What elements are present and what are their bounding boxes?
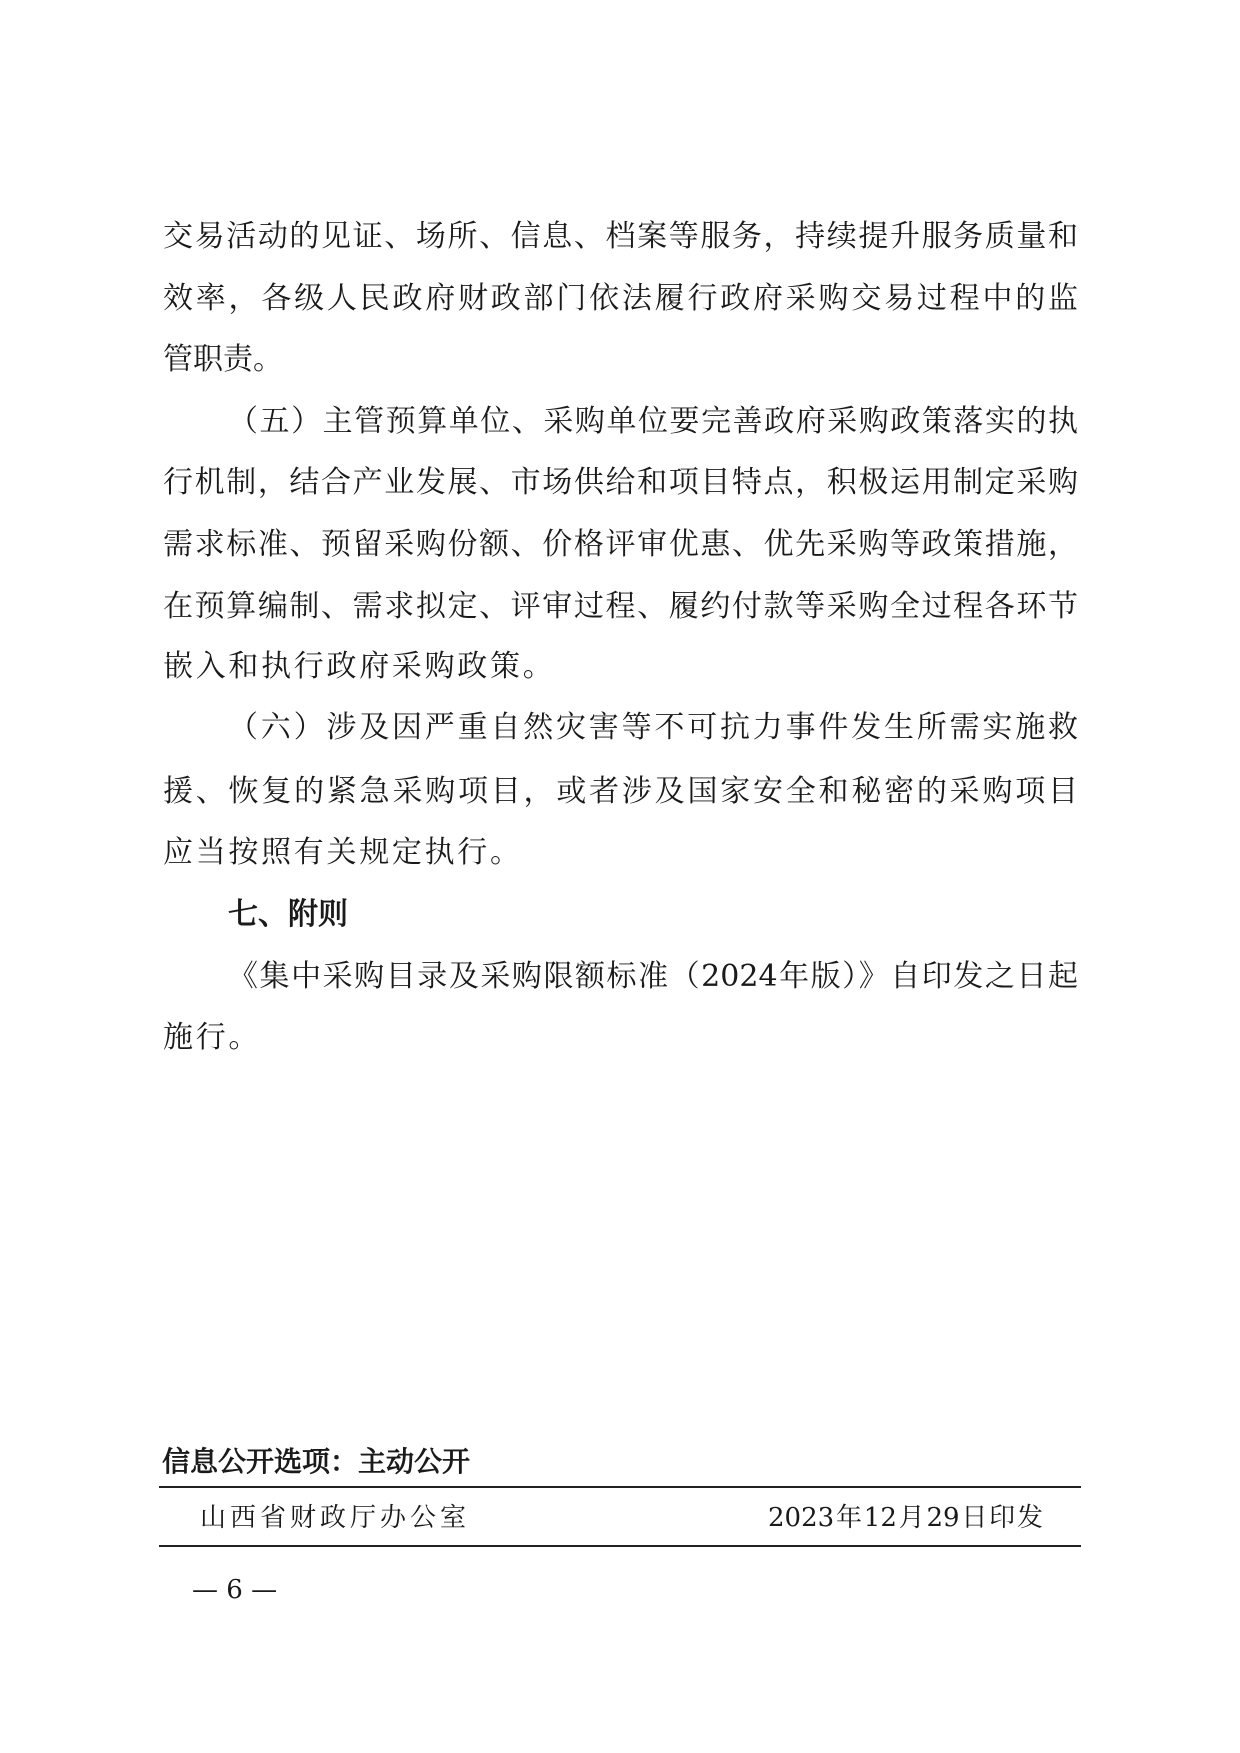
body-line: 交易活动的见证、场所、信息、档案等服务，持续提升服务质量和 (163, 217, 1078, 257)
page-number: — 6 — (192, 1570, 277, 1610)
footer-rule-top (159, 1486, 1081, 1488)
body-line: 需求标准、预留采购份额、价格评审优惠、优先采购等政策措施， (163, 525, 1078, 565)
paragraph-6-start: （六）涉及因严重自然灾害等不可抗力事件发生所需实施救 (228, 708, 1078, 748)
disclosure-option: 信息公开选项：主动公开 (162, 1442, 470, 1482)
body-line: 嵌入和执行政府采购政策。 (163, 647, 555, 687)
section-heading: 七、附则 (228, 895, 348, 935)
footer-rule-bottom (159, 1545, 1081, 1547)
body-line: 管职责。 (163, 340, 283, 380)
body-line: 应当按照有关规定执行。 (163, 833, 523, 873)
paragraph-annex: 《集中采购目录及采购限额标准（2024年版）》自印发之日起 (228, 957, 1078, 997)
paragraph-5-start: （五）主管预算单位、采购单位要完善政府采购政策落实的执 (228, 402, 1078, 442)
issue-date: 2023年12月29日印发 (768, 1498, 1043, 1538)
issuing-office: 山西省财政厅办公室 (200, 1498, 470, 1538)
body-line: 施行。 (163, 1018, 261, 1058)
body-line: 效率，各级人民政府财政部门依法履行政府采购交易过程中的监 (163, 279, 1078, 319)
document-page: 交易活动的见证、场所、信息、档案等服务，持续提升服务质量和 效率，各级人民政府财… (0, 0, 1240, 1753)
body-line: 援、恢复的紧急采购项目，或者涉及国家安全和秘密的采购项目 (163, 772, 1078, 812)
body-line: 行机制，结合产业发展、市场供给和项目特点，积极运用制定采购 (163, 463, 1078, 503)
body-line: 在预算编制、需求拟定、评审过程、履约付款等采购全过程各环节 (163, 587, 1078, 627)
